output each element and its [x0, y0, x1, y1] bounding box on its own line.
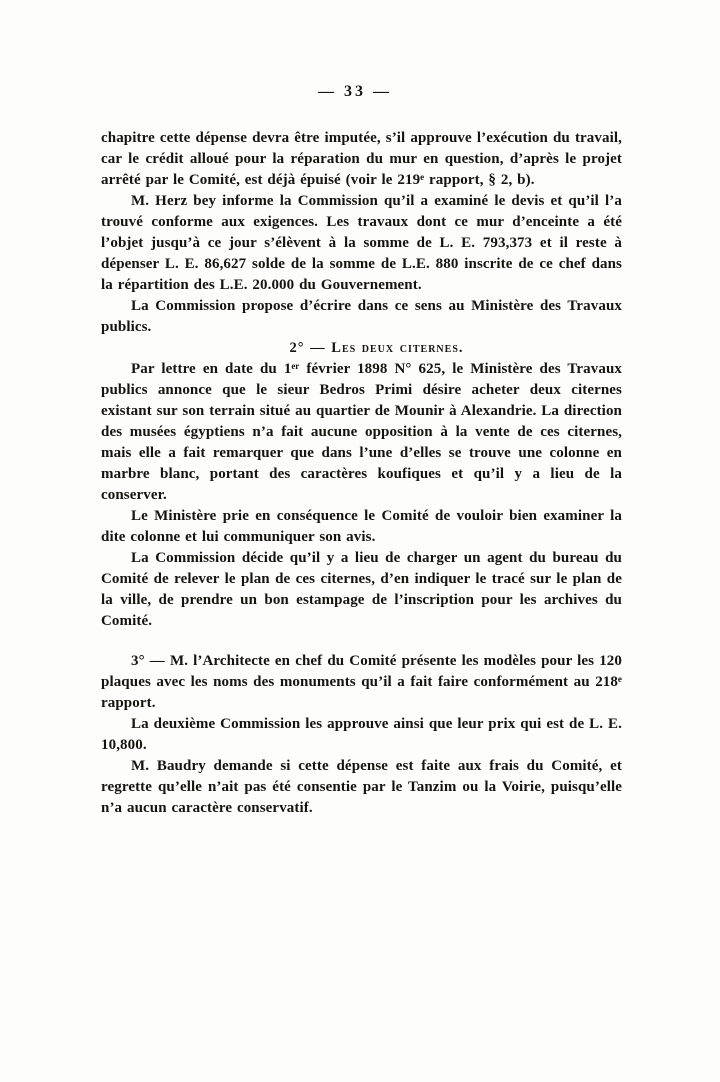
- paragraph-chapter-expense: chapitre cette dépense devra être imputé…: [101, 128, 622, 191]
- section-heading-les-deux-citernes: 2° — Les deux citernes.: [101, 338, 622, 359]
- paragraph-architecte-en-chef: 3° — M. l’Architecte en chef du Comité p…: [101, 651, 622, 714]
- text-block: chapitre cette dépense devra être imputé…: [101, 128, 622, 819]
- paragraph-commission-propose: La Commission propose d’écrire dans ce s…: [101, 296, 622, 338]
- paragraph-commission-decide: La Commission décide qu’il y a lieu de c…: [101, 548, 622, 632]
- paragraph-herz-bey: M. Herz bey informe la Commission qu’il …: [101, 191, 622, 296]
- document-page: — 33 — chapitre cette dépense devra être…: [0, 0, 720, 1082]
- paragraph-baudry: M. Baudry demande si cette dépense est f…: [101, 756, 622, 819]
- paragraph-deuxieme-commission: La deuxième Commission les approuve ains…: [101, 714, 622, 756]
- paragraph-lettre-fevrier-1898: Par lettre en date du 1ᵉʳ février 1898 N…: [101, 359, 622, 506]
- page-number: — 33 —: [0, 83, 710, 101]
- paragraph-ministere-prie: Le Ministère prie en conséquence le Comi…: [101, 506, 622, 548]
